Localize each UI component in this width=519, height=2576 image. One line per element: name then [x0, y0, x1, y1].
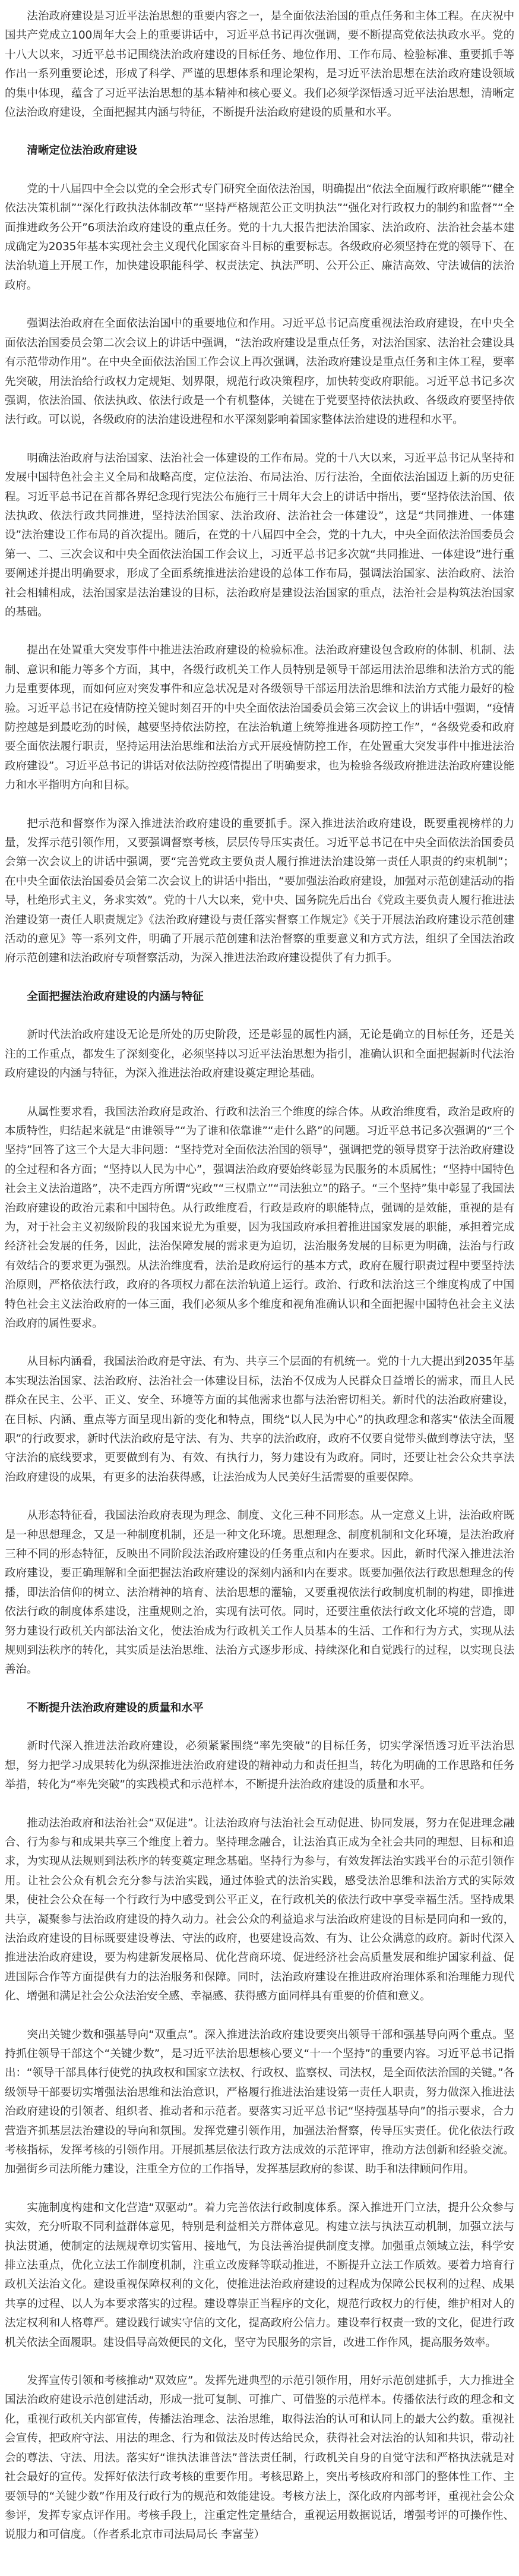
section-3-paragraph: 突出关键少数和强基导向“双重点”。深入推进法治政府建设要突出领导干部和强基导向两… — [5, 2026, 514, 2180]
section-3-paragraph: 推动法治政府和法治社会“双促进”。让法治政府与法治社会互动促进、协同发展，努力在… — [5, 1814, 514, 2007]
section-2-paragraph: 新时代法治政府建设无论是所处的历史阶段，还是彰显的属性内涵，无论是确立的目标任务… — [5, 1026, 514, 1083]
section-2-paragraph: 从目标内涵看，我国法治政府是守法、有为、共享三个层面的有机统一。党的十九大提出到… — [5, 1352, 514, 1487]
section-2-paragraph: 从属性要求看，我国法治政府是政治、行政和法治三个维度的综合体。从政治维度看，政治… — [5, 1103, 514, 1334]
section-1-paragraph: 提出在处置重大突发事件中推进法治政府建设的检验标准。法治政府建设包含政府的体制、… — [5, 641, 514, 795]
section-1-paragraph: 党的十八届四中全会以党的全会形式专门研究全面依法治国，明确提出“依法全面履行政府… — [5, 180, 514, 295]
section-3-paragraph: 新时代深入推进法治政府建设，必须紧紧围绕“率先突破”的目标任务，切实学深悟透习近… — [5, 1737, 514, 1795]
section-3-paragraph: 实施制度构建和文化营造“双驱动”。着力完善依法行政制度体系。深入推进开门立法，提… — [5, 2199, 514, 2353]
section-1-paragraph: 把示范和督察作为深入推进法治政府建设的重要抓手。深入推进法治政府建设，既要重视榜… — [5, 815, 514, 969]
section-heading-1: 清晰定位法治政府建设 — [5, 141, 514, 160]
section-heading-3: 不断提升法治政府建设的质量和水平 — [5, 1699, 514, 1718]
section-2-paragraph: 从形态特征看，我国法治政府表现为理念、制度、文化三种不同形态。从一定意义上讲，法… — [5, 1506, 514, 1680]
section-1-paragraph: 明确法治政府与法治国家、法治社会一体建设的工作布局。党的十八大以来，习近平总书记… — [5, 449, 514, 623]
intro-paragraph: 法治政府建设是习近平法治思想的重要内容之一，是全面依法治国的重点任务和主体工程。… — [5, 7, 514, 122]
section-1-paragraph: 强调法治政府在全面依法治国中的重要地位和作用。习近平总书记高度重视法治政府建设，… — [5, 314, 514, 430]
section-3-paragraph-author: 发挥宣传引领和考核推动“双效应”。发挥先进典型的示范引领作用，用好示范创建抓手，… — [5, 2372, 514, 2545]
section-heading-2: 全面把握法治政府建设的内涵与特征 — [5, 988, 514, 1007]
article-body: 法治政府建设是习近平法治思想的重要内容之一，是全面依法治国的重点任务和主体工程。… — [0, 0, 519, 2576]
